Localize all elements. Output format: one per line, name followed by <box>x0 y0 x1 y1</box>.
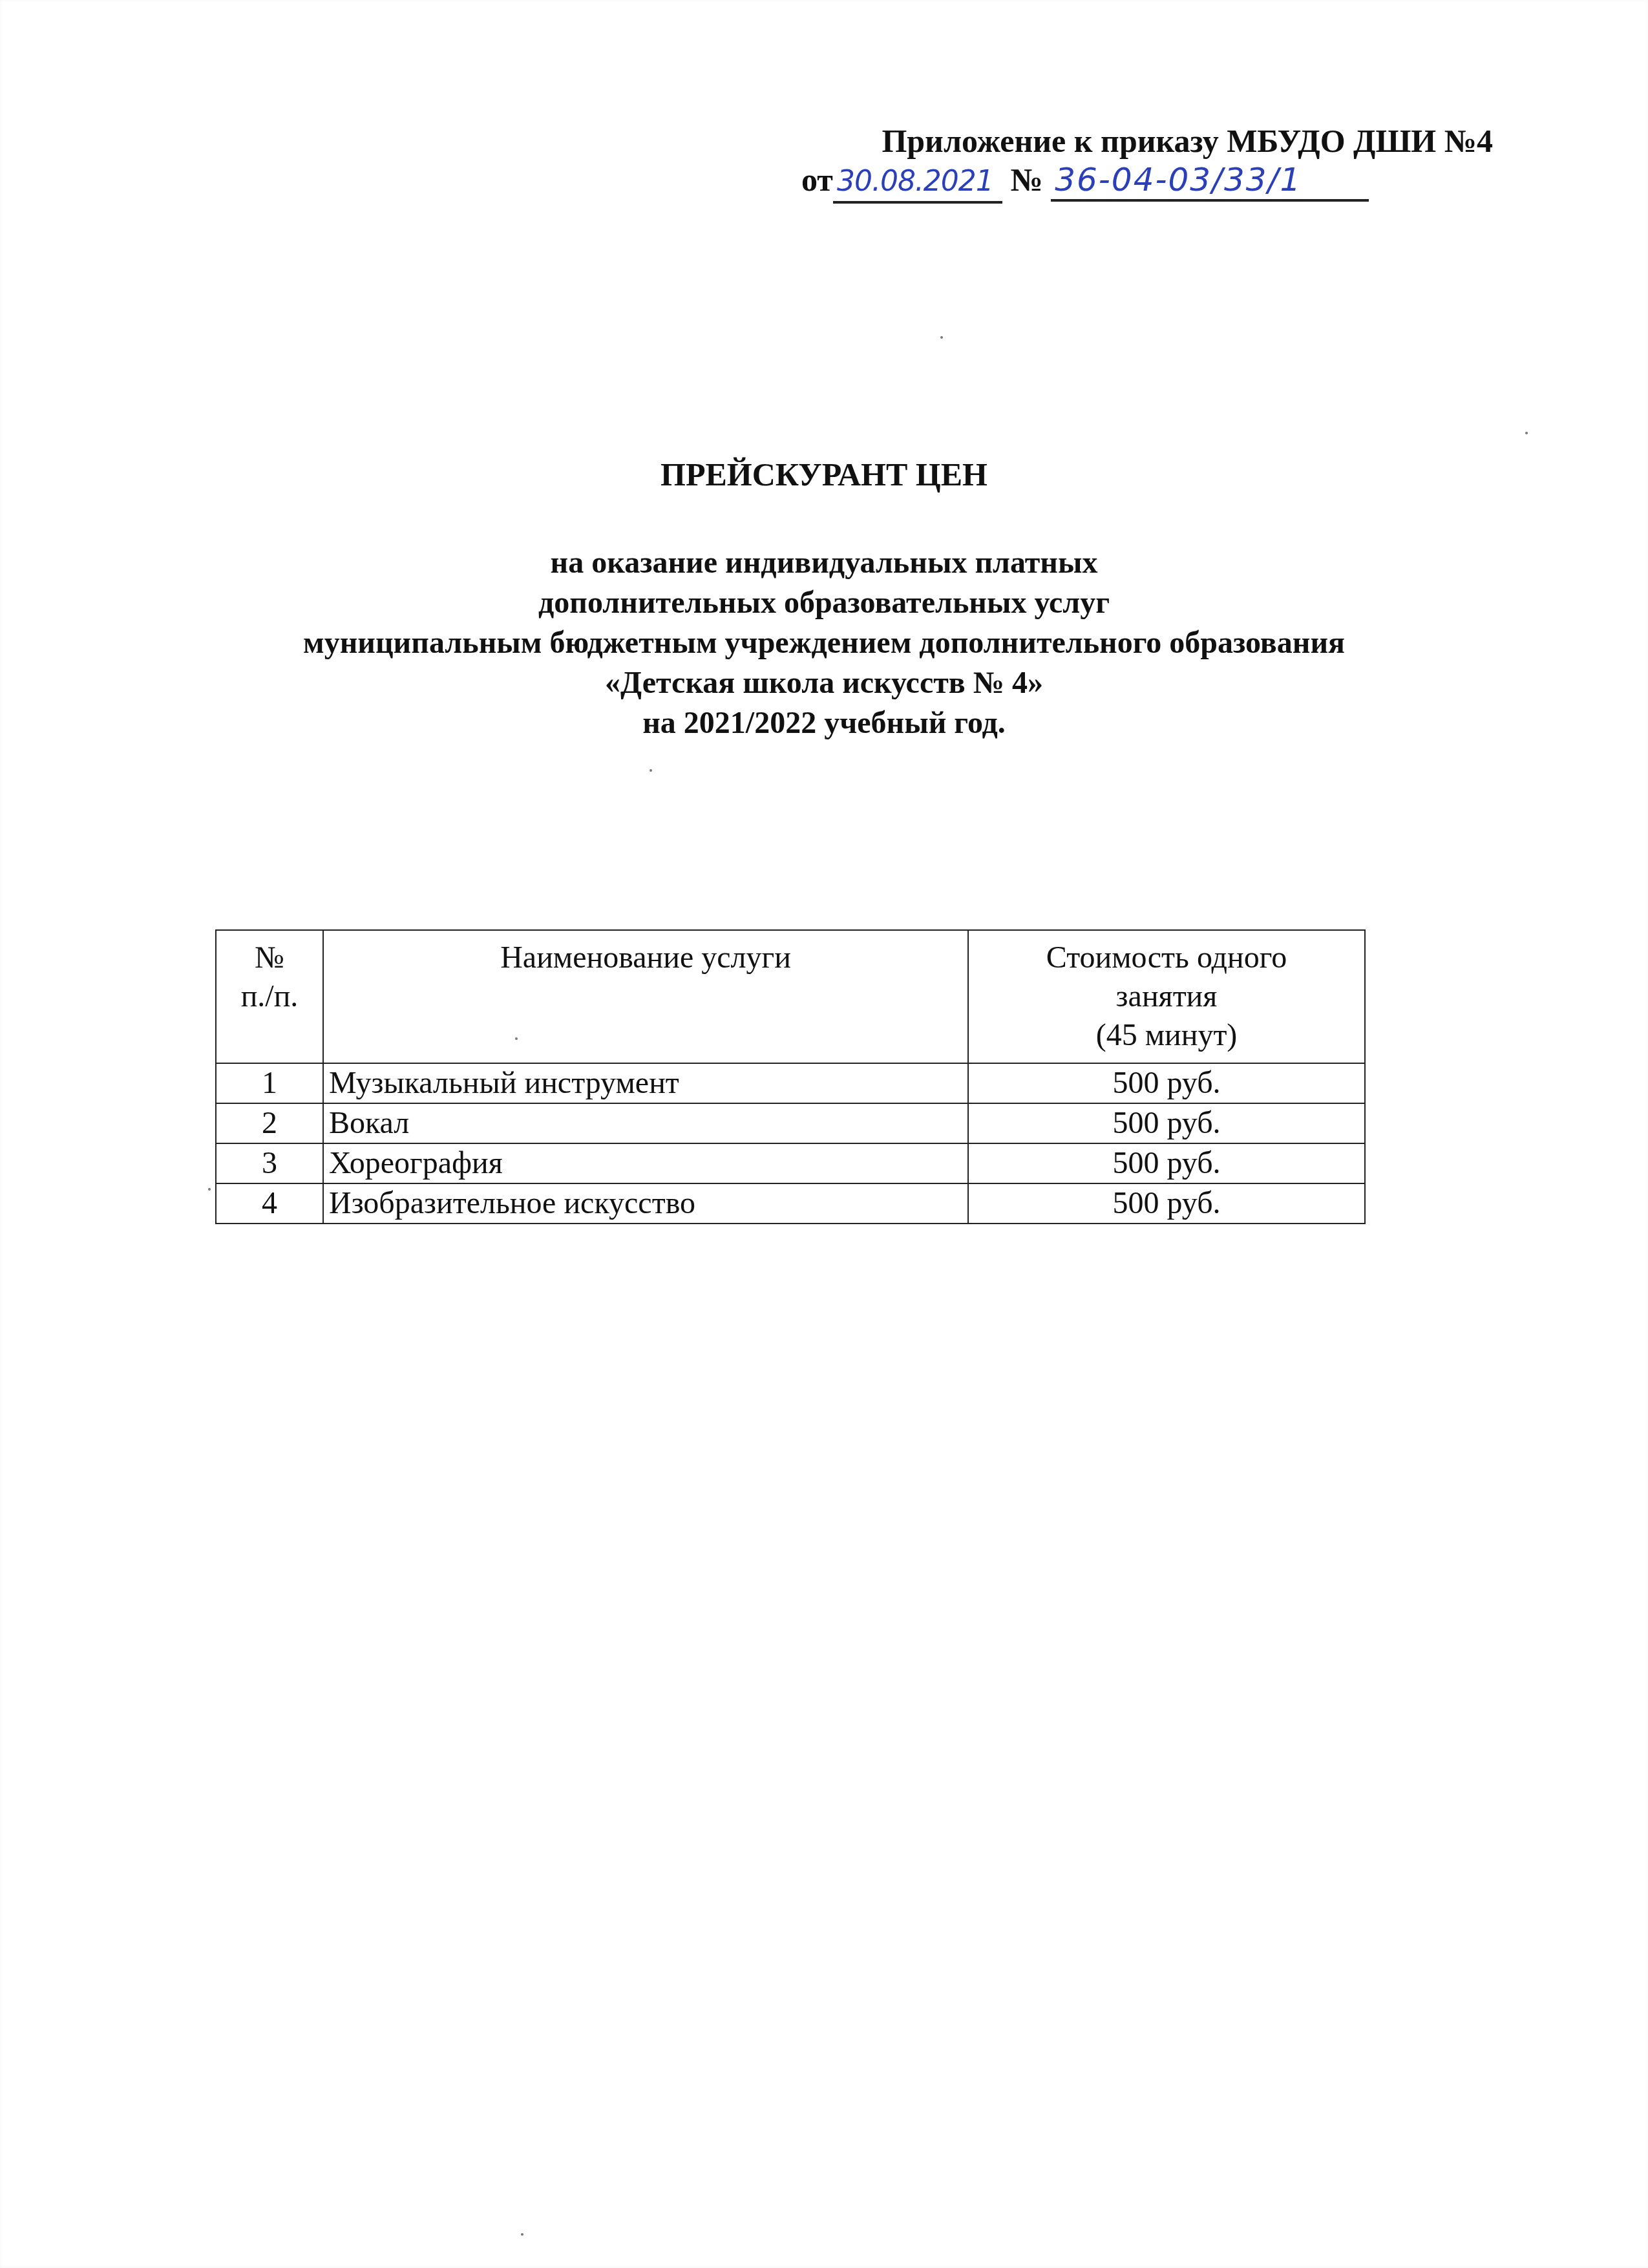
number-prefix: № <box>1010 162 1042 198</box>
scan-speck <box>1525 432 1528 434</box>
header-price: Стоимость одного занятия (45 минут) <box>968 930 1365 1063</box>
price-table: № п./п. Наименование услуги Стоимость од… <box>215 929 1366 1224</box>
row-price: 500 руб. <box>968 1063 1365 1103</box>
row-price: 500 руб. <box>968 1183 1365 1224</box>
table-header-row: № п./п. Наименование услуги Стоимость од… <box>216 930 1365 1063</box>
row-price: 500 руб. <box>968 1143 1365 1183</box>
subtitle-line: «Детская школа искусств № 4» <box>0 663 1648 703</box>
subtitle-line: на оказание индивидуальных платных <box>0 543 1648 583</box>
header-num: № п./п. <box>216 930 323 1063</box>
row-service-name: Вокал <box>323 1103 968 1143</box>
row-num: 1 <box>216 1063 323 1103</box>
row-num: 4 <box>216 1183 323 1224</box>
table-row: 3 Хореография 500 руб. <box>216 1143 1365 1183</box>
order-annex-header: Приложение к приказу МБУДО ДШИ №4 от30.0… <box>763 122 1512 204</box>
row-service-name: Музыкальный инструмент <box>323 1063 968 1103</box>
row-num: 2 <box>216 1103 323 1143</box>
handwritten-date: 30.08.2021 <box>833 162 1002 204</box>
document-title: ПРЕЙСКУРАНТ ЦЕН <box>0 456 1648 493</box>
row-price: 500 руб. <box>968 1103 1365 1143</box>
document-subtitle: на оказание индивидуальных платных допол… <box>0 543 1648 743</box>
header-service-name: Наименование услуги <box>323 930 968 1063</box>
handwritten-order-number: 36-04-03/33/1 <box>1051 160 1369 202</box>
scan-speck <box>521 2233 523 2236</box>
date-prefix: от <box>801 162 833 198</box>
table-row: 2 Вокал 500 руб. <box>216 1103 1365 1143</box>
annex-line: Приложение к приказу МБУДО ДШИ №4 <box>763 122 1512 160</box>
scan-speck <box>940 336 943 339</box>
table-row: 4 Изобразительное искусство 500 руб. <box>216 1183 1365 1224</box>
row-num: 3 <box>216 1143 323 1183</box>
row-service-name: Хореография <box>323 1143 968 1183</box>
subtitle-line: на 2021/2022 учебный год. <box>0 703 1648 743</box>
row-service-name: Изобразительное искусство <box>323 1183 968 1224</box>
subtitle-line: муниципальным бюджетным учреждением допо… <box>0 623 1648 663</box>
subtitle-line: дополнительных образовательных услуг <box>0 583 1648 623</box>
order-date-number-line: от30.08.2021 № 36-04-03/33/1 <box>801 160 1512 204</box>
scan-speck <box>650 769 652 772</box>
scan-speck <box>208 1188 211 1191</box>
table-row: 1 Музыкальный инструмент 500 руб. <box>216 1063 1365 1103</box>
scan-speck <box>515 1037 518 1040</box>
